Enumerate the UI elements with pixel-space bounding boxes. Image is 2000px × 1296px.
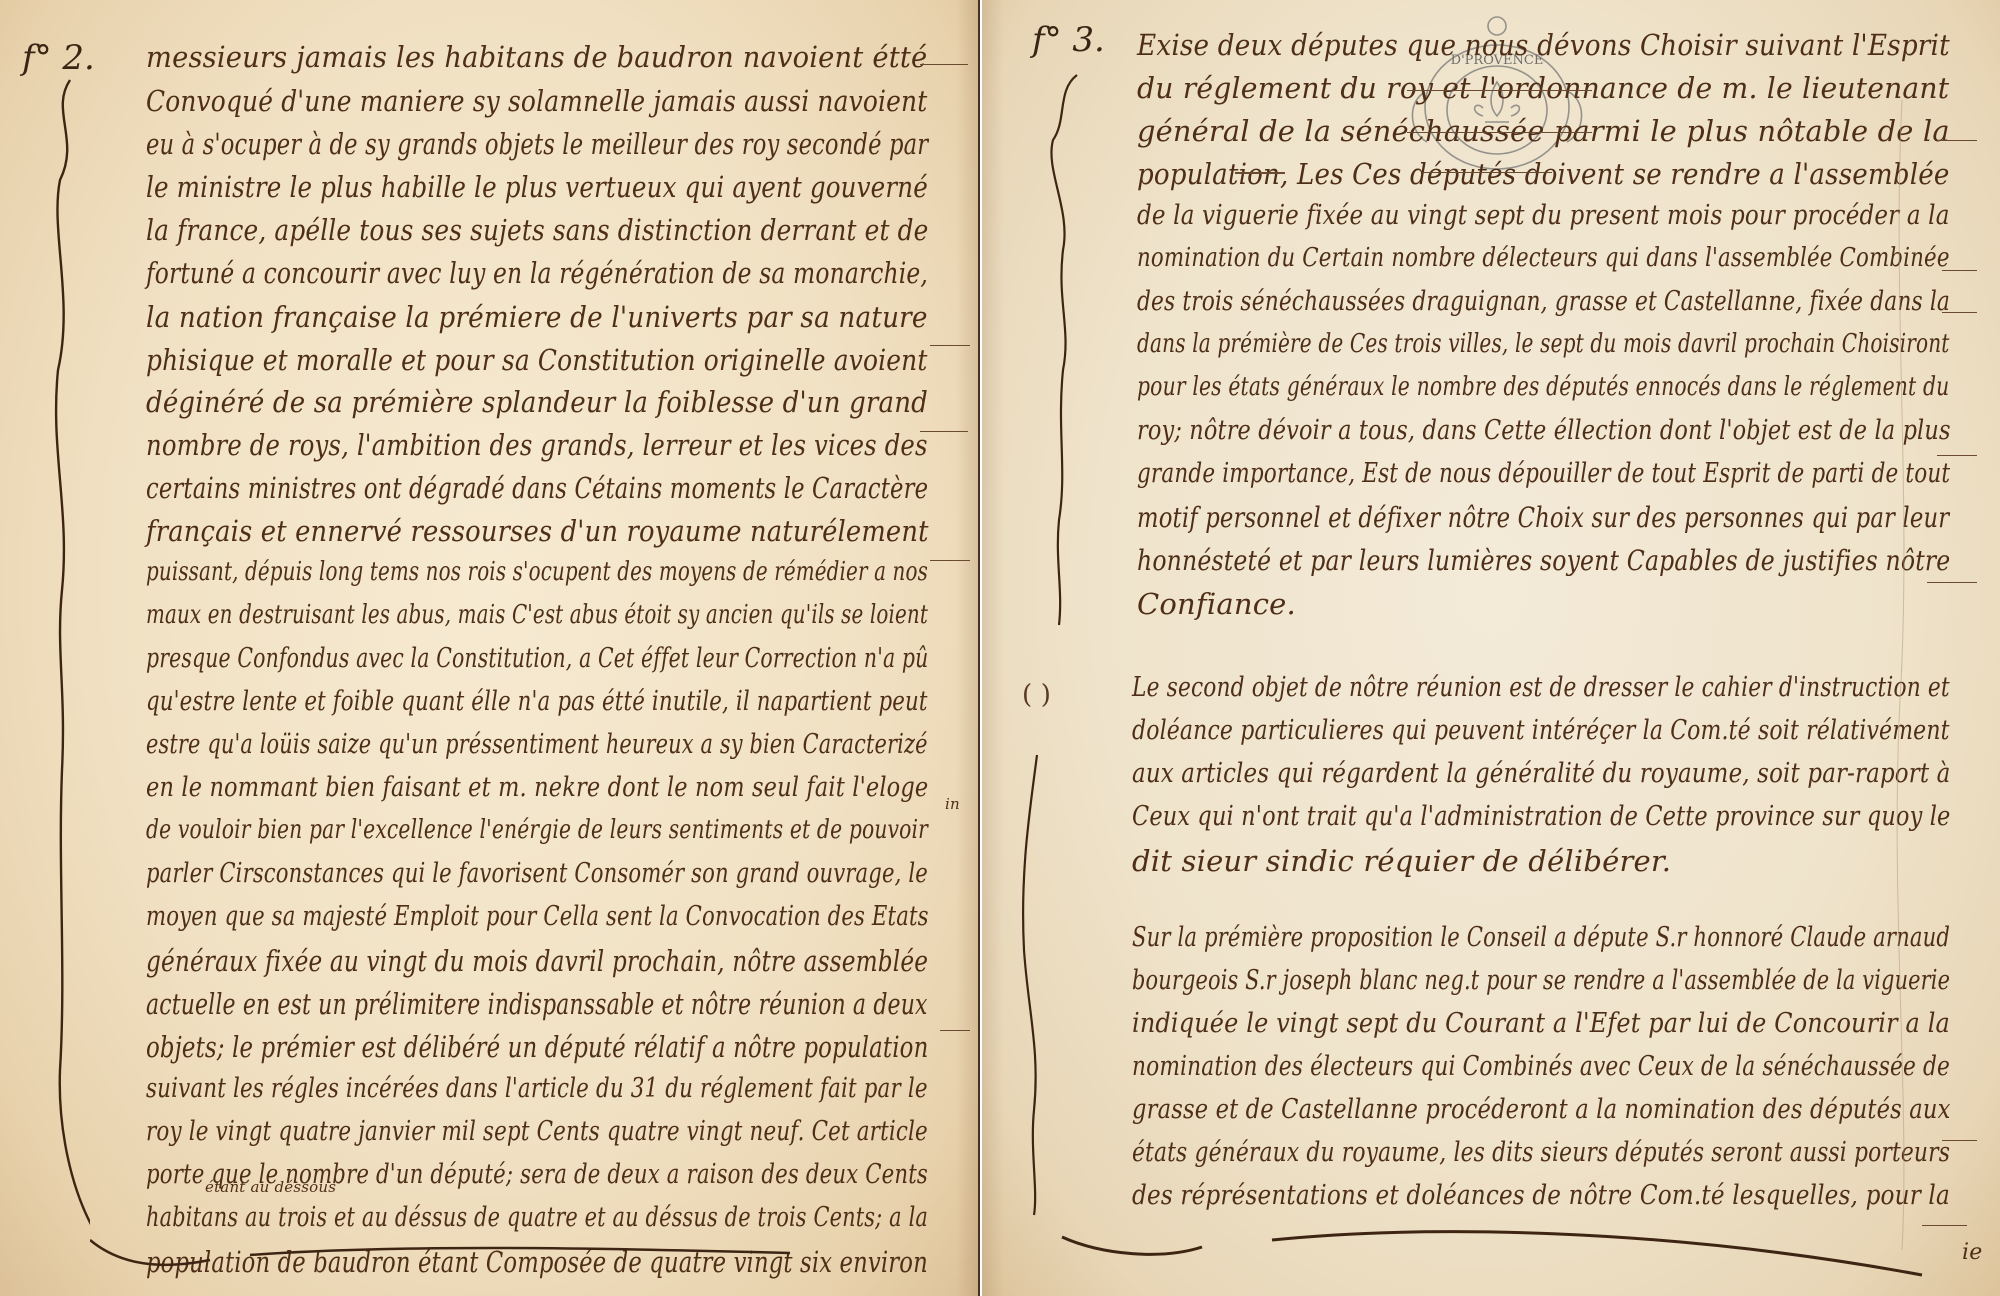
line-filler [1937, 455, 1977, 456]
text-line: dit sieur sindic réquier de délibérer. [1132, 844, 1671, 878]
text-line: nombre de roys, l'ambition des grands, l… [146, 428, 928, 462]
line-filler [1927, 582, 1977, 583]
text-line: en le nommant bien faisant et m. nekre d… [146, 772, 928, 803]
line-filler [930, 560, 970, 561]
text-line: eu à s'ocuper à de sy grands objets le m… [146, 127, 928, 161]
text-line: fortuné a concourir avec luy en la régén… [146, 256, 928, 290]
text-line: suivant les régles incérées dans l'artic… [146, 1073, 928, 1104]
text-line: déginéré de sa prémière splandeur la foi… [146, 385, 928, 419]
text-line: moyen que sa majesté Emploit pour Cella … [146, 901, 929, 932]
text-line: Le second objet de nôtre réunion est de … [1132, 672, 1950, 703]
closing-flourish-icon [1042, 1225, 1992, 1285]
seal-bridge-line [1422, 172, 1552, 173]
line-filler [1937, 140, 1977, 141]
text-line: puissant, dépuis long tems nos rois s'oc… [146, 557, 928, 587]
text-line: états généraux du royaume, les dits sieu… [1132, 1137, 1950, 1168]
text-line: généraux fixée au vingt du mois davril p… [146, 944, 928, 978]
text-line: actuelle en est un prélimitere indispans… [146, 987, 928, 1021]
page-number: f° 3. [1032, 20, 1105, 60]
text-line: estre qu'a loüis saize qu'un préssentime… [146, 729, 928, 760]
text-line: Sur la prémière proposition le Conseil a… [1132, 922, 1950, 953]
seal-bridge-line [1407, 132, 1592, 133]
line-filler [940, 1030, 970, 1031]
text-line: nomination du Certain nombre délecteurs … [1137, 243, 1950, 273]
line-filler [1942, 1140, 1977, 1141]
strikethrough-mark [1235, 172, 1285, 174]
text-line: le ministre le plus habille le plus vert… [146, 170, 928, 204]
text-line: roy; nôtre dévoir a tous, dans Cette éll… [1137, 415, 1951, 446]
text-line: grande importance, Est de nous dépouille… [1137, 458, 1950, 489]
text-line: grasse et de Castellanne procéderont a l… [1132, 1094, 1950, 1125]
text-line: français et ennervé ressourses d'un roya… [146, 514, 929, 548]
text-line: des réprésentations et doléances de nôtr… [1132, 1180, 1950, 1211]
margin-brace-icon [40, 70, 90, 1270]
text-line: de la viguerie fixée au vingt sept du pr… [1137, 200, 1950, 231]
closing-flourish-icon [90, 1235, 810, 1275]
line-filler [930, 345, 970, 346]
margin-mark: ( ) [1022, 680, 1051, 710]
text-line: honnésteté et par leurs lumières soyent … [1137, 544, 1950, 577]
text-line: habitans au trois et au déssus de quatre… [146, 1202, 928, 1233]
text-line: roy le vingt quatre janvier mil sept Cen… [146, 1116, 928, 1147]
text-line: dans la prémière de Ces trois villes, le… [1137, 329, 1950, 359]
text-line: certains ministres ont dégradé dans Céta… [146, 471, 928, 505]
text-line: Confiance. [1137, 587, 1296, 621]
text-line: Convoqué d'une maniere sy solamnelle jam… [146, 84, 927, 118]
left-page: f° 2. messieurs jamais les habitans de b… [0, 0, 980, 1296]
text-line: parler Cirsconstances qui le favorisent … [146, 858, 928, 889]
margin-brace-icon [1012, 750, 1052, 1220]
text-line: Ceux qui n'ont trait qu'a l'administrati… [1132, 801, 1950, 832]
text-line: de vouloir bien par l'excellence l'enérg… [146, 815, 928, 845]
margin-brace-icon [1037, 70, 1087, 630]
text-line: la france, apélle tous ses sujets sans d… [146, 213, 929, 247]
text-line: bourgeois S.r joseph blanc neg.t pour se… [1132, 965, 1950, 996]
interlinear-note: étant au déssous [205, 1178, 336, 1196]
fold-crease [1882, 100, 1922, 1250]
text-line: doléance particulieres qui peuvent intér… [1132, 715, 1950, 746]
text-line: indiquée le vingt sept du Courant a l'Ef… [1132, 1008, 1950, 1039]
text-line: aux articles qui régardent la généralité… [1132, 758, 1951, 789]
line-filler [1942, 270, 1977, 271]
gutter-shadow [982, 0, 1004, 1296]
text-line: phisique et moralle et pour sa Constitut… [146, 343, 928, 377]
line-filler [920, 431, 968, 432]
text-line: du réglement du roy et l'ordonnance de m… [1137, 71, 1949, 105]
text-line: des trois sénéchaussées draguignan, gras… [1137, 286, 1950, 317]
text-line: messieurs jamais les habitans de baudron… [146, 40, 927, 74]
text-line: presque Confondus avec la Constitution, … [146, 643, 928, 674]
text-line: pour les états généraux le nombre des dé… [1137, 372, 1949, 402]
gutter-shadow [956, 0, 978, 1296]
text-line: motif personnel et défixer nôtre Choix s… [1137, 501, 1949, 534]
right-page: f° 3. D'PROVENCE ( ) Exise deux députes … [982, 0, 2000, 1296]
line-filler [1942, 312, 1977, 313]
text-line: maux en destruisant les abus, mais C'est… [146, 600, 928, 630]
line-filler [920, 64, 968, 65]
text-line: la nation française la prémiere de l'uni… [146, 300, 928, 334]
seal-bridge-line [1407, 90, 1592, 91]
superscript-note: in [945, 795, 960, 813]
text-line: qu'estre lente et foible quant élle n'a … [146, 686, 928, 717]
text-line: Exise deux députes que nous dévons Chois… [1137, 28, 1950, 62]
text-line: population, Les Ces députés doivent se r… [1137, 157, 1950, 191]
text-line: nomination des électeurs qui Combinés av… [1132, 1051, 1950, 1082]
text-line: objets; le prémier est délibéré un déput… [146, 1030, 928, 1064]
text-line: général de la sénéchaussée parmi le plus… [1137, 114, 1950, 148]
